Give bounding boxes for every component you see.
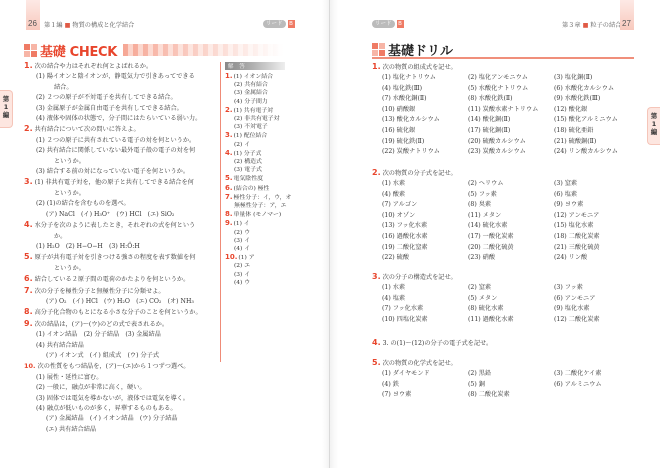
answer-text: 無極性分子：ア，エ (234, 203, 287, 209)
drill-item: (22) 硫酸 (382, 253, 468, 264)
answer-text: 単量体 (モノマー) (234, 212, 282, 218)
question-subitem: というか。 (24, 157, 220, 167)
drill-text: 次の物質の分子式を記せ。 (383, 170, 457, 177)
drill-item: (11) 過酸化水素 (468, 315, 554, 326)
drill-item: (2) 塩化アンモニウム (468, 73, 554, 84)
drill-item: (7) ヨウ素 (382, 390, 468, 401)
drill-item: (24) リン酸 (554, 253, 640, 264)
answer-line: 10.(1) ア (225, 253, 320, 262)
answer-text: (4) ウ (234, 280, 250, 286)
answer-line: (3) 不対電子 (225, 123, 320, 131)
drill-item: (1) ダイヤモンド (382, 369, 468, 380)
answer-line: (2) エ (225, 262, 320, 270)
squares-icon (372, 43, 385, 56)
drill-item: (7) アルゴン (382, 200, 468, 211)
right-page: リード B 第３章■粒子の結合 27 第1編 基礎ドリル 1.次の物質の組成式を… (330, 0, 660, 468)
answer-line: (4) ウ (225, 279, 320, 287)
question-subitem: (1) H₂O (2) H−O−H (3) H:Ö:H (24, 242, 220, 252)
drill-item: (6) 水酸化カルシウム (554, 84, 640, 95)
drill-items-grid: (1) 水素(2) ヘリウム(3) 窒素(4) 酸素(5) フッ素(6) 塩素(… (372, 179, 640, 264)
answer-number: 3. (225, 131, 233, 139)
running-header: 第３章■粒子の結合 (562, 20, 621, 29)
drill-item: (8) 硫化水素 (468, 304, 554, 315)
drill-item: (21) 硫酸銅(Ⅱ) (554, 137, 640, 148)
drill-item: (3) 二酸化ケイ素 (554, 369, 640, 380)
question-item: 6.結合している２原子間の電荷のかたよりを何というか。 (24, 274, 220, 285)
drill-item: (15) 酸化アルミニウム (554, 115, 640, 126)
drill-item: (10) オゾン (382, 211, 468, 222)
answer-text: (2) 非共有電子対 (234, 116, 280, 122)
question-item: 8.高分子化合物のもとになる小さな分子のことを何というか。 (24, 307, 220, 318)
drill-text: 3. の(1)〜(12)の分子の電子式を記せ。 (383, 340, 493, 347)
answers-column: 解 答 1.(1) イオン結合(2) 共有結合(3) 金属結合(4) 分子間力2… (220, 62, 320, 362)
running-header-title: 粒子の結合 (590, 22, 621, 29)
drill-item: (10) 硝酸銀 (382, 105, 468, 116)
drill-question: 4.3. の(1)〜(12)の分子の電子式を記せ。 (372, 338, 492, 349)
squares-icon (24, 44, 37, 57)
lead-badge: リード B (263, 20, 295, 28)
answer-line: 5.電気陰性度 (225, 174, 320, 183)
side-tab-part[interactable]: 第1編 (0, 90, 13, 128)
answer-number: 10. (225, 253, 237, 261)
drill-item: (10) 四塩化炭素 (382, 315, 468, 326)
drill-item: (8) 臭素 (468, 200, 554, 211)
question-list: 1.次の結合や力はそれぞれ何とよばれるか。(1) 陽イオンと陰イオンが，静電気力… (24, 61, 220, 435)
question-number: 3. (24, 177, 33, 186)
question-subitem: (ア) O₂ (イ) HCl (ウ) H₂O (エ) CO₂ (オ) NH₃ (24, 297, 220, 307)
drill-item: (17) 一酸化炭素 (468, 232, 554, 243)
question-subitem: (1) イオン結晶 (2) 分子結晶 (3) 金属結晶 (24, 330, 220, 340)
drill-item: (4) 鉄 (382, 380, 468, 391)
drill-item: (12) 酸化銀 (554, 105, 640, 116)
question-number: 2. (24, 124, 33, 133)
answer-text: (1) ア (238, 255, 254, 261)
answer-line: 無極性分子：ア，エ (225, 202, 320, 210)
section-header-drill: 基礎ドリル (372, 42, 634, 59)
answer-line: (3) 電子式 (225, 166, 320, 174)
question-item: 7.次の分子を極性分子と無極性分子に分類せよ。 (24, 286, 220, 297)
answer-line: (3) イ (225, 271, 320, 279)
question-item: 10.次の性質をもつ結晶を，(ア)〜(エ)から１つずつ選べ。 (24, 361, 220, 372)
lead-label: リード (372, 20, 395, 28)
question-text: 原子が共有電子対を引きつける強さの程度を表す数値を何 (35, 254, 196, 261)
page-number: 26 (28, 19, 37, 28)
drill-item: (21) 三酸化硫黄 (554, 243, 640, 254)
answer-line: (4) イ (225, 245, 320, 253)
answer-number: 7. (225, 193, 233, 201)
answer-line: (2) 共有結合 (225, 81, 320, 89)
drill-question: 2.次の物質の分子式を記せ。(1) 水素(2) ヘリウム(3) 窒素(4) 酸素… (372, 168, 640, 264)
drill-question: 3.次の分子の構造式を記せ。(1) 水素(2) 窒素(3) フッ素(4) 塩素(… (372, 272, 640, 325)
answer-text: (2) ウ (234, 230, 250, 236)
drill-item: (24) リン酸カルシウム (554, 147, 640, 158)
drill-item: (20) 二酸化硫黄 (468, 243, 554, 254)
drill-item: (1) 水素 (382, 179, 468, 190)
question-subitem: か。 (24, 232, 220, 242)
drill-item: (13) 酸化カルシウム (382, 115, 468, 126)
drill-item: (1) 水素 (382, 283, 468, 294)
question-text: (1) 非共有電子対を，他の原子と共有してできる結合を何 (35, 179, 194, 186)
answer-text: (2) エ (234, 263, 250, 269)
answer-line: 2.(1) 共有電子対 (225, 106, 320, 115)
question-subitem: (ア) 金属結晶 (イ) イオン結晶 (ウ) 分子結晶 (24, 414, 220, 424)
question-subitem: (2) ２つの原子が不対電子を共有してできる結合。 (24, 93, 220, 103)
drill-item: (19) 硫化鉄(Ⅱ) (382, 137, 468, 148)
question-subitem: というか。 (24, 264, 220, 274)
answer-text: (3) 不対電子 (234, 124, 268, 130)
answer-number: 4. (225, 149, 233, 157)
drill-item: (19) 二酸化窒素 (382, 243, 468, 254)
drill-item: (4) 塩化鉄(Ⅲ) (382, 84, 468, 95)
answer-line: (2) イ (225, 141, 320, 149)
running-header: 第１編■物質の構成と化学結合 (44, 20, 134, 29)
answer-text: (1) 分子式 (234, 151, 262, 157)
drill-number: 1. (372, 62, 381, 71)
question-subitem: (3) 固体では電気を導かないが，液体では電気を導く。 (24, 394, 220, 404)
answer-text: (1) イオン結合 (234, 74, 274, 80)
question-number: 7. (24, 286, 33, 295)
bullet-icon: ■ (65, 22, 71, 29)
drill-question: 5.次の物質の化学式を記せ。(1) ダイヤモンド(2) 黒鉛(3) 二酸化ケイ素… (372, 358, 640, 401)
drill-item: (18) 硫化亜鉛 (554, 126, 640, 137)
lead-label: リード (263, 20, 286, 28)
page-fold (322, 0, 338, 468)
drill-item: (2) 窒素 (468, 283, 554, 294)
answer-line: 1.(1) イオン結合 (225, 72, 320, 81)
drill-item: (16) 過酸化水素 (382, 232, 468, 243)
drill-item: (8) 水酸化鉄(Ⅱ) (468, 94, 554, 105)
drill-item: (6) アルミニウム (554, 380, 640, 391)
question-subitem: (1) ２つの原子に共有されている電子の対を何というか。 (24, 136, 220, 146)
answer-number: 1. (225, 72, 233, 80)
answer-text: (4) イ (234, 246, 250, 252)
question-number: 10. (24, 362, 36, 370)
drill-number: 4. (372, 338, 381, 347)
section-title: 基礎ドリル (388, 40, 453, 59)
textbook-spread: 26 第１編■物質の構成と化学結合 リード B 第1編 基礎 CHECK 1.次… (0, 0, 660, 468)
question-text: 次の分子を極性分子と無極性分子に分類せよ。 (35, 288, 165, 295)
question-item: 9.次の結晶は，(ア)〜(ウ)のどの式で表されるか。 (24, 319, 220, 330)
drill-items-grid: (1) ダイヤモンド(2) 黒鉛(3) 二酸化ケイ素(4) 鉄(5) 銅(6) … (372, 369, 640, 401)
drill-item: (23) 炭酸カルシウム (468, 147, 554, 158)
question-item: 1.次の結合や力はそれぞれ何とよばれるか。 (24, 61, 220, 72)
drill-item: (1) 塩化ナトリウム (382, 73, 468, 84)
question-item: 4.水分子を次のように表したとき，それぞれの式を何という (24, 220, 220, 231)
running-header-part: 第１編 (44, 22, 63, 29)
answer-line: 8.単量体 (モノマー) (225, 210, 320, 219)
answer-line: 7.極性分子：イ，ウ，オ (225, 193, 320, 202)
question-item: 3.(1) 非共有電子対を，他の原子と共有してできる結合を何 (24, 177, 220, 188)
answer-line: 9.(1) イ (225, 219, 320, 228)
drill-number: 2. (372, 168, 381, 177)
drill-item: (11) 炭酸水素ナトリウム (468, 105, 554, 116)
drill-item: (4) 酸素 (382, 190, 468, 201)
drill-item: (18) 二酸化炭素 (554, 232, 640, 243)
question-item: 2.共有結合について次の問いに答えよ。 (24, 124, 220, 135)
drill-item: (3) 塩化銅(Ⅱ) (554, 73, 640, 84)
answer-text: (3) イ (234, 272, 250, 278)
question-subitem: というか。 (24, 189, 220, 199)
answer-line: (2) ウ (225, 229, 320, 237)
question-subitem: (2) 共有結合に関係していない最外電子殻の電子の対を何 (24, 146, 220, 156)
question-subitem: (ア) イオン式 (イ) 組成式 (ウ) 分子式 (24, 351, 220, 361)
drill-item: (9) ヨウ素 (554, 200, 640, 211)
question-item: 5.原子が共有電子対を引きつける強さの程度を表す数値を何 (24, 252, 220, 263)
drill-item: (7) フッ化水素 (382, 304, 468, 315)
question-subitem: (4) 融点が低いものが多く，昇華するものもある。 (24, 404, 220, 414)
drill-item: (5) フッ素 (468, 190, 554, 201)
question-subitem: (エ) 共有結合結晶 (24, 425, 220, 435)
answers-heading: 解 答 (225, 62, 247, 70)
drill-item: (6) アンモニア (554, 294, 640, 305)
page-number: 27 (622, 19, 631, 28)
answer-line: (3) 金属結合 (225, 89, 320, 97)
drill-item: (6) 塩素 (554, 190, 640, 201)
drill-question: 1.次の物質の組成式を記せ。(1) 塩化ナトリウム(2) 塩化アンモニウム(3)… (372, 62, 640, 158)
drill-items-grid: (1) 塩化ナトリウム(2) 塩化アンモニウム(3) 塩化銅(Ⅱ)(4) 塩化鉄… (372, 73, 640, 158)
drill-item: (14) 酸化銅(Ⅱ) (468, 115, 554, 126)
question-number: 9. (24, 319, 33, 328)
answer-text: (2) 共有結合 (234, 82, 268, 88)
answer-text: (2) イ (234, 142, 250, 148)
running-header-chapter: 第３章 (562, 22, 581, 29)
question-subitem: (1) 展性・延性に富む。 (24, 373, 220, 383)
answer-text: (3) 金属結合 (234, 90, 268, 96)
question-subitem: (4) 液体や固体の状態で，分子間にはたらいている弱い力。 (24, 114, 220, 124)
drill-items-grid: (1) 水素(2) 窒素(3) フッ素(4) 塩素(5) メタン(6) アンモニ… (372, 283, 640, 325)
answer-text: (4) 分子間力 (234, 99, 268, 105)
answer-line: (2) 非共有電子対 (225, 115, 320, 123)
answer-number: 5. (225, 174, 233, 182)
drill-item: (14) 硫化水素 (468, 221, 554, 232)
question-text: 次の性質をもつ結晶を，(ア)〜(エ)から１つずつ選べ。 (38, 363, 190, 370)
answer-text: (1) イ (234, 221, 250, 227)
answer-line: 4.(1) 分子式 (225, 149, 320, 158)
answer-text: (3) イ (234, 238, 250, 244)
drill-text: 次の物質の化学式を記せ。 (383, 360, 457, 367)
drill-item: (23) 硝酸 (468, 253, 554, 264)
answer-text: 極性分子：イ，ウ，オ (234, 195, 292, 201)
answers-header: 解 答 (225, 62, 285, 70)
answer-text: (結合の) 極性 (234, 186, 270, 192)
answer-text: (1) 共有電子対 (234, 108, 274, 114)
answer-line: (2) 構造式 (225, 158, 320, 166)
answer-number: 2. (225, 106, 233, 114)
question-number: 6. (24, 274, 33, 283)
question-subitem: (ア) NaCl (イ) H₃O⁺ (ウ) HCl (エ) SiO₂ (24, 210, 220, 220)
answer-line: 6.(結合の) 極性 (225, 184, 320, 193)
drill-text: 次の物質の組成式を記せ。 (383, 64, 457, 71)
drill-item: (16) 硫化銀 (382, 126, 468, 137)
checker-pattern (123, 44, 284, 56)
bullet-icon: ■ (583, 22, 589, 29)
drill-item: (5) 水酸化ナトリウム (468, 84, 554, 95)
question-subitem: (4) 共有結合結晶 (24, 341, 220, 351)
section-header-check: 基礎 CHECK (24, 42, 284, 58)
drill-item: (7) 水酸化銅(Ⅱ) (382, 94, 468, 105)
drill-item: (3) 窒素 (554, 179, 640, 190)
question-text: 共有結合について次の問いに答えよ。 (35, 126, 140, 133)
drill-item: (2) ヘリウム (468, 179, 554, 190)
question-text: 高分子化合物のもとになる小さな分子のことを何というか。 (35, 309, 202, 316)
drill-item: (13) フッ化水素 (382, 221, 468, 232)
question-text: 次の結晶は，(ア)〜(ウ)のどの式で表されるか。 (35, 321, 168, 328)
answer-number: 6. (225, 184, 233, 192)
answer-text: (2) 構造式 (234, 159, 262, 165)
drill-number: 3. (372, 272, 381, 281)
question-number: 1. (24, 61, 33, 70)
answer-number: 9. (225, 219, 233, 227)
drill-item: (22) 炭酸ナトリウム (382, 147, 468, 158)
question-subitem: (1) 陽イオンと陰イオンが，静電気力で引きあってできる (24, 72, 220, 82)
question-text: 結合している２原子間の電荷のかたよりを何というか。 (35, 276, 190, 283)
answer-line: (3) イ (225, 237, 320, 245)
answer-text: 電気陰性度 (234, 176, 263, 182)
drill-item: (5) メタン (468, 294, 554, 305)
answer-line: 3.(1) 配位結合 (225, 131, 320, 140)
left-page: 26 第１編■物質の構成と化学結合 リード B 第1編 基礎 CHECK 1.次… (0, 0, 330, 468)
answer-line: (4) 分子間力 (225, 98, 320, 106)
question-subitem: (3) 金属原子が金属自由電子を共有してできる結合。 (24, 104, 220, 114)
lead-badge: リード B (372, 20, 404, 28)
lead-letter: B (397, 20, 404, 28)
side-tab-part[interactable]: 第1編 (647, 107, 660, 145)
drill-item: (5) 銅 (468, 380, 554, 391)
drill-text: 次の分子の構造式を記せ。 (383, 274, 457, 281)
answer-text: (3) 電子式 (234, 167, 262, 173)
drill-item: (17) 硫化銅(Ⅱ) (468, 126, 554, 137)
question-subitem: (2) (1)の結合を含むものを選べ。 (24, 199, 220, 209)
question-text: 次の結合や力はそれぞれ何とよばれるか。 (35, 63, 153, 70)
drill-item: (9) 水酸化鉄(Ⅲ) (554, 94, 640, 105)
drill-item: (20) 硫酸カルシウム (468, 137, 554, 148)
question-text: 水分子を次のように表したとき，それぞれの式を何という (35, 222, 196, 229)
answer-number: 8. (225, 210, 233, 218)
section-title: 基礎 CHECK (40, 41, 117, 60)
answers-list: 1.(1) イオン結合(2) 共有結合(3) 金属結合(4) 分子間力2.(1)… (225, 72, 320, 287)
drill-item: (2) 黒鉛 (468, 369, 554, 380)
drill-item: (3) フッ素 (554, 283, 640, 294)
question-number: 8. (24, 307, 33, 316)
lead-letter: B (288, 20, 295, 28)
question-number: 5. (24, 252, 33, 261)
drill-item: (12) 二酸化炭素 (554, 315, 640, 326)
drill-item: (15) 塩化水素 (554, 221, 640, 232)
drill-item: (9) 塩化水素 (554, 304, 640, 315)
question-subitem: (3) 結合する前の対になっていない電子を何というか。 (24, 167, 220, 177)
answer-text: (1) 配位結合 (234, 133, 268, 139)
question-number: 4. (24, 220, 33, 229)
question-subitem: (2) 一般に，融点が非常に高く，硬い。 (24, 383, 220, 393)
drill-item: (8) 二酸化炭素 (468, 390, 554, 401)
drill-item: (11) メタン (468, 211, 554, 222)
question-subitem: 結合。 (24, 83, 220, 93)
drill-number: 5. (372, 358, 381, 367)
drill-item: (4) 塩素 (382, 294, 468, 305)
running-header-title: 物質の構成と化学結合 (72, 22, 134, 29)
drill-item: (12) アンモニア (554, 211, 640, 222)
